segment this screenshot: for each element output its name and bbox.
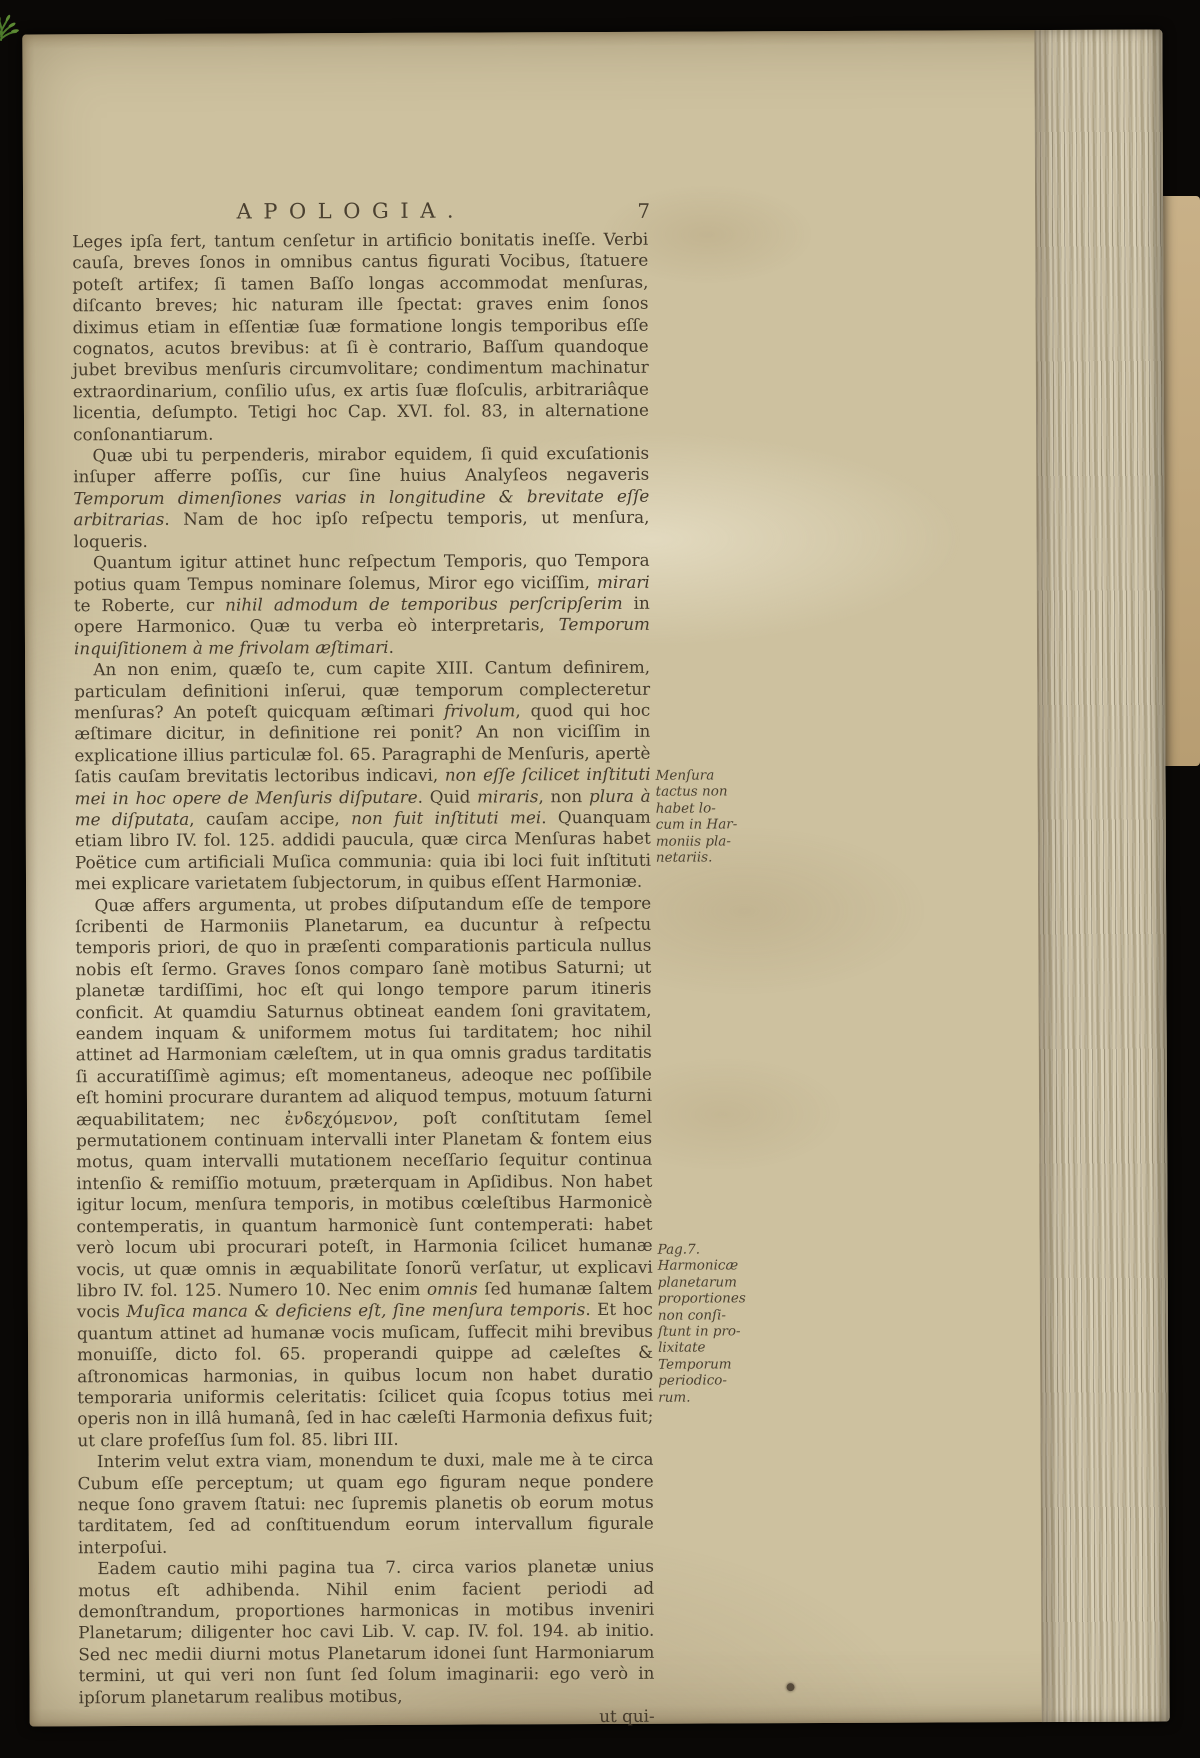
margin-note-line: planetarum <box>658 1274 752 1291</box>
paragraph: Eadem cautio mihi pagina tua 7. circa va… <box>78 1556 655 1708</box>
paragraph: Leges ipſa fert, tantum cenſetur in arti… <box>72 229 649 446</box>
margin-note-line: lixitate <box>658 1340 752 1357</box>
margin-note-line: Temporum <box>658 1356 752 1373</box>
catchword: ut qui- <box>79 1706 655 1730</box>
margin-note-line: cum in Har- <box>656 817 750 834</box>
roman-text: , non <box>538 786 589 806</box>
roman-text: Quæ affers argumenta, ut probes diſputan… <box>75 892 653 1300</box>
roman-text: Quantum igitur attinet hunc reſpectum Te… <box>74 550 650 594</box>
roman-text: te Roberte, cur <box>74 595 225 616</box>
text-block: Leges ipſa fert, tantum cenſetur in arti… <box>72 229 655 1730</box>
italic-text: nihil admodum de temporibus perſcripſeri… <box>225 593 623 615</box>
roman-text: . Et hoc quantum attinet ad humanæ vocis… <box>77 1299 653 1450</box>
roman-text: Quæ ubi tu perpenderis, mirabor equidem,… <box>73 443 649 487</box>
italic-text: mirari <box>597 571 650 591</box>
margin-note-line: Harmonicæ <box>658 1258 752 1275</box>
roman-text: Eadem cautio mihi pagina tua 7. circa va… <box>78 1556 654 1707</box>
paragraphs: Leges ipſa fert, tantum cenſetur in arti… <box>72 229 654 1709</box>
margin-note-line: periodico- <box>658 1373 752 1390</box>
paragraph: Quæ ubi tu perpenderis, mirabor equidem,… <box>73 443 649 553</box>
margin-note-line: habet lo- <box>656 800 750 817</box>
margin-note-line: Pag.7. <box>658 1241 752 1258</box>
margin-note-line: proportiones <box>658 1291 752 1308</box>
plant-sprig-icon <box>0 10 31 44</box>
italic-text: frivolum <box>444 700 515 720</box>
margin-note-line: rum. <box>658 1389 752 1406</box>
photo-background: APOLOGIA. 7 Leges ipſa fert, tantum cenſ… <box>0 0 1200 1758</box>
margin-note-line: ſtunt in pro- <box>658 1323 752 1340</box>
margin-note-line: moniis pla- <box>656 833 750 850</box>
margin-note-line: Menſura <box>656 767 750 784</box>
page-title: APOLOGIA. <box>72 198 618 224</box>
running-head: APOLOGIA. 7 <box>72 198 658 231</box>
paragraph: Interim velut extra viam, monendum te du… <box>77 1449 653 1559</box>
italic-text: non fuit inſtituti mei <box>351 807 541 828</box>
margin-note: Menſuratactus nonhabet lo-cum in Har-mon… <box>656 767 750 866</box>
roman-text: , cauſam accipe, <box>189 808 351 829</box>
ink-spot <box>787 1683 795 1691</box>
page-stack-fore-edge <box>1034 30 1169 1723</box>
paragraph: Quantum igitur attinet hunc reſpectum Te… <box>74 550 650 660</box>
paragraph: Quæ affers argumenta, ut probes diſputan… <box>75 892 653 1451</box>
page-number: 7 <box>637 199 650 223</box>
roman-text: Interim velut extra viam, monendum te du… <box>78 1449 654 1557</box>
book-page: APOLOGIA. 7 Leges ipſa fert, tantum cenſ… <box>22 30 1169 1727</box>
margin-note-line: netariis. <box>656 849 750 866</box>
margin-note-line: tactus non <box>656 784 750 801</box>
italic-text: Muſica manca & deficiens eſt, ſine menſu… <box>126 1299 585 1321</box>
margin-note-line: non conſi- <box>658 1307 752 1324</box>
roman-text: . <box>389 637 394 657</box>
margin-note: Pag.7.Harmonicæplanetarumproportionesnon… <box>658 1241 753 1405</box>
italic-text: omnis <box>427 1278 478 1298</box>
roman-text: Leges ipſa fert, tantum cenſetur in arti… <box>72 229 649 444</box>
roman-text: . Quid <box>418 786 478 806</box>
paragraph: An non enim, quæſo te, cum capite XIII. … <box>74 657 651 895</box>
italic-text: miraris <box>477 786 538 806</box>
